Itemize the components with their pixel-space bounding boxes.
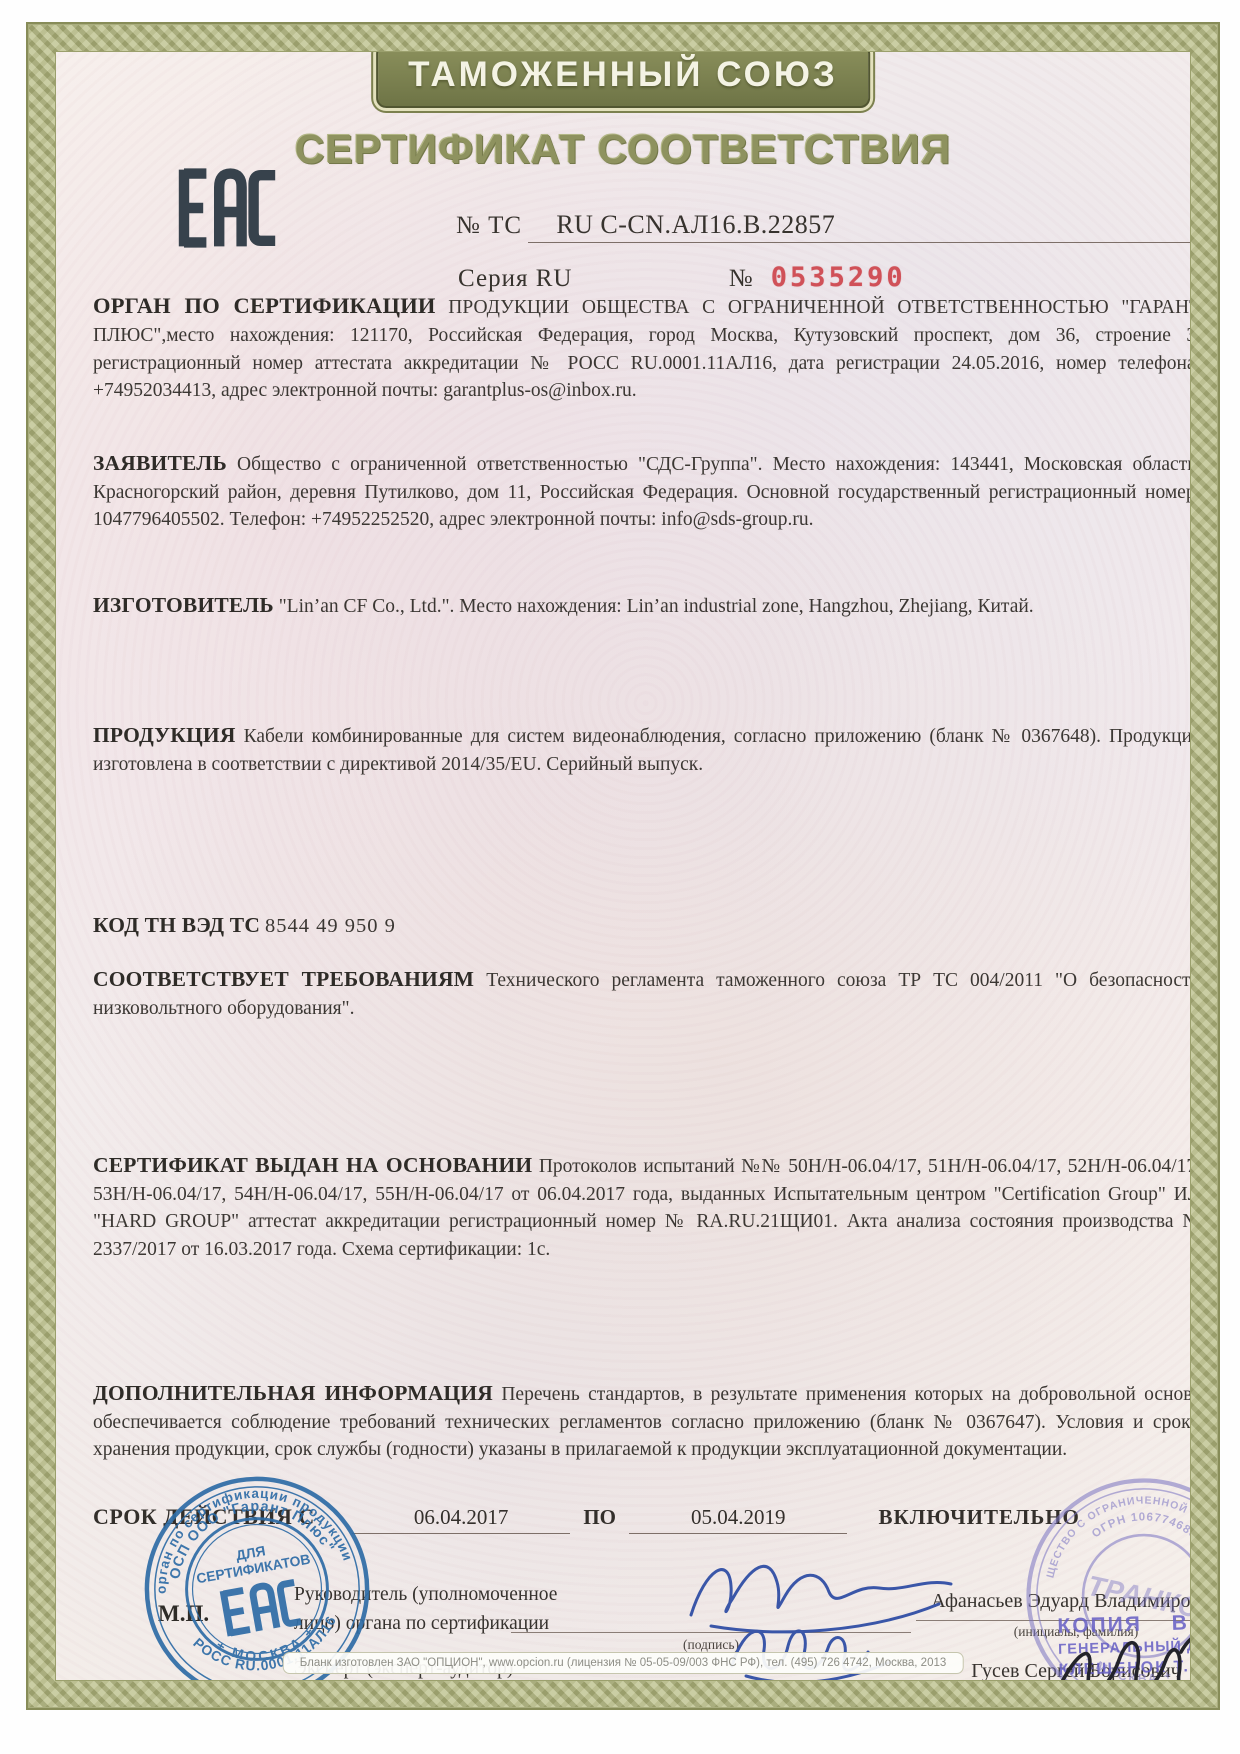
section-products-label: ПРОДУКЦИЯ	[93, 723, 236, 747]
series-label: Серия RU	[458, 265, 572, 292]
section-tnved-code-label: КОД ТН ВЭД ТС	[93, 913, 260, 937]
certification-body-stamp: орган по сертификации продукции ОСП ООО …	[119, 1451, 395, 1681]
certificate-sheet: ТАМОЖЕННЫЙ СОЮЗ СЕРТИФИКАТ СООТВЕТСТВИЯ …	[26, 22, 1220, 1710]
series-number: 0535290	[771, 262, 906, 293]
section-manufacturer-text: "Lin’an CF Co., Ltd.". Место нахождения:…	[279, 596, 1034, 617]
series-row: Серия RU № 0535290	[458, 262, 906, 293]
section-compliance-label: СООТВЕТСТВУЕТ ТРЕБОВАНИЯМ	[93, 967, 474, 991]
section-tnved-code: КОД ТН ВЭД ТС 8544 49 950 9	[93, 910, 1191, 941]
section-applicant-label: ЗАЯВИТЕЛЬ	[93, 451, 227, 475]
series-number-sign: №	[729, 265, 753, 292]
section-issued-basis: СЕРТИФИКАТ ВЫДАН НА ОСНОВАНИИ Протоколов…	[93, 1150, 1191, 1264]
section-additional-info-label: ДОПОЛНИТЕЛЬНАЯ ИНФОРМАЦИЯ	[93, 1381, 493, 1405]
customs-union-banner: ТАМОЖЕННЫЙ СОЮЗ	[376, 51, 870, 108]
validity-from-date: 06.04.2017	[352, 1505, 570, 1534]
section-manufacturer: ИЗГОТОВИТЕЛЬ "Lin’an CF Co., Ltd.". Мест…	[93, 590, 1191, 621]
validity-to-date: 05.04.2019	[629, 1505, 847, 1534]
section-certification-body: ОРГАН ПО СЕРТИФИКАЦИИ ПРОДУКЦИИ ОБЩЕСТВА…	[93, 290, 1191, 405]
section-issued-basis-label: СЕРТИФИКАТ ВЫДАН НА ОСНОВАНИИ	[93, 1153, 532, 1177]
section-certification-body-label: ОРГАН ПО СЕРТИФИКАЦИИ	[93, 293, 436, 318]
certificate-inner-area: ТАМОЖЕННЫЙ СОЮЗ СЕРТИФИКАТ СООТВЕТСТВИЯ …	[55, 51, 1191, 1681]
stamp-eac-icon	[223, 1579, 301, 1636]
section-products: ПРОДУКЦИЯ Кабели комбинированные для сис…	[93, 720, 1191, 778]
cert-number-label: № ТС	[456, 212, 522, 239]
cert-number-value: RU C-CN.АЛ16.В.22857	[528, 210, 1191, 243]
validity-po-label: ПО	[583, 1505, 616, 1529]
section-additional-info: ДОПОЛНИТЕЛЬНАЯ ИНФОРМАЦИЯ Перечень станд…	[93, 1378, 1191, 1464]
certificate-page: { "header": { "banner": "ТАМОЖЕННЫЙ СОЮЗ…	[0, 0, 1240, 1754]
cert-number-row: № ТС RU C-CN.АЛ16.В.22857	[456, 210, 1191, 243]
banner-title: ТАМОЖЕННЫЙ СОЮЗ	[408, 55, 838, 95]
section-tnved-code-value: 8544 49 950 9	[265, 915, 396, 937]
section-applicant-text: Общество с ограниченной ответственностью…	[93, 454, 1191, 530]
blank-manufacturer-note: Бланк изготовлен ЗАО "ОПЦИОН", www.opcio…	[283, 1652, 964, 1674]
section-applicant: ЗАЯВИТЕЛЬ Общество с ограниченной ответс…	[93, 448, 1191, 534]
signature-scribble-director	[1031, 1610, 1191, 1681]
section-compliance: СООТВЕТСТВУЕТ ТРЕБОВАНИЯМ Технического р…	[93, 964, 1191, 1022]
section-manufacturer-label: ИЗГОТОВИТЕЛЬ	[93, 593, 274, 617]
eac-logo-icon	[176, 164, 280, 257]
section-products-text: Кабели комбинированные для систем видеон…	[93, 726, 1191, 775]
